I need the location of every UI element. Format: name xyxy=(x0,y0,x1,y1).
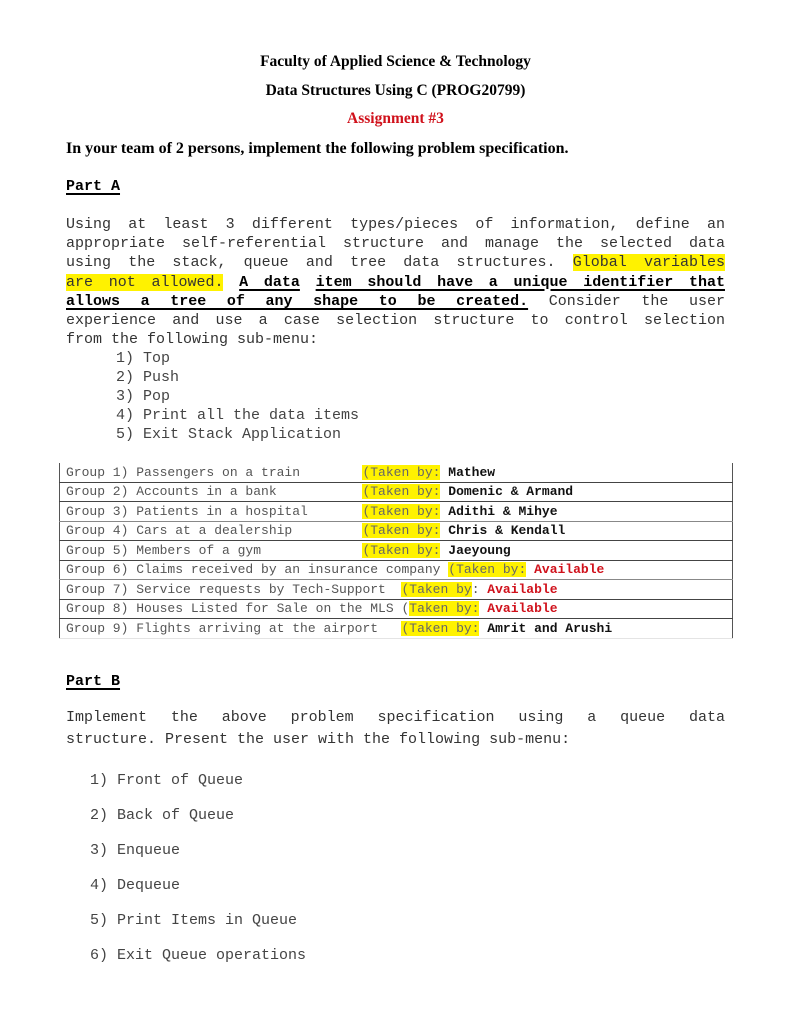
stack-menu-item: 2) Push xyxy=(116,368,359,387)
para-line: from the following sub-menu: xyxy=(66,330,725,349)
group-cell: Group 4) Cars at a dealership (Taken by:… xyxy=(60,521,733,541)
stack-menu-item: 5) Exit Stack Application xyxy=(116,425,359,444)
group-cell: Group 6) Claims received by an insurance… xyxy=(60,560,733,580)
taken-by-value: Domenic & Armand xyxy=(448,484,573,499)
queue-menu-item: 2) Back of Queue xyxy=(90,798,306,833)
taken-by-label: (Taken by: xyxy=(448,562,526,577)
group-cell: Group 7) Service requests by Tech-Suppor… xyxy=(60,580,733,600)
queue-menu-item: 6) Exit Queue operations xyxy=(90,938,306,973)
group-cell: Group 1) Passengers on a train (Taken by… xyxy=(60,463,733,482)
taken-by-label: (Taken by xyxy=(401,582,471,597)
group-name: Group 8) Houses Listed for Sale on the M… xyxy=(66,601,409,616)
para-line: appropriate self-referential structure a… xyxy=(66,234,725,253)
queue-menu-item: 4) Dequeue xyxy=(90,868,306,903)
group-cell: Group 8) Houses Listed for Sale on the M… xyxy=(60,599,733,619)
group-name: Group 2) Accounts in a bank xyxy=(66,484,362,499)
taken-by-value: Adithi & Mihye xyxy=(448,504,557,519)
table-row: Group 1) Passengers on a train (Taken by… xyxy=(60,463,733,482)
table-row: Group 5) Members of a gym (Taken by: Jae… xyxy=(60,541,733,561)
taken-by-label: (Taken by: xyxy=(362,484,440,499)
group-cell: Group 3) Patients in a hospital (Taken b… xyxy=(60,502,733,522)
taken-by-label: (Taken by: xyxy=(362,543,440,558)
table-row: Group 4) Cars at a dealership (Taken by:… xyxy=(60,521,733,541)
para-line: experience and use a case selection stru… xyxy=(66,311,725,330)
table-row: Group 2) Accounts in a bank (Taken by: D… xyxy=(60,482,733,502)
queue-menu-item: 5) Print Items in Queue xyxy=(90,903,306,938)
para-line: allows a tree of any shape to be created… xyxy=(66,292,725,311)
stack-submenu: 1) Top 2) Push 3) Pop 4) Print all the d… xyxy=(116,349,359,444)
para-line: Using at least 3 different types/pieces … xyxy=(66,215,725,234)
para-line: using the stack, queue and tree data str… xyxy=(66,253,725,272)
stack-menu-item: 3) Pop xyxy=(116,387,359,406)
group-name: Group 5) Members of a gym xyxy=(66,543,362,558)
bold-underlined-text: allows a tree of any shape to be created… xyxy=(66,293,528,310)
taken-by-label: (Taken by: xyxy=(401,621,479,636)
table-row: Group 7) Service requests by Tech-Suppor… xyxy=(60,580,733,600)
group-cell: Group 2) Accounts in a bank (Taken by: D… xyxy=(60,482,733,502)
taken-by-value: Amrit and Arushi xyxy=(487,621,612,636)
taken-by-value: Chris & Kendall xyxy=(448,523,565,538)
taken-by-label: Taken by: xyxy=(409,601,479,616)
part-a-title: Part A xyxy=(66,178,120,196)
group-cell: Group 9) Flights arriving at the airport… xyxy=(60,619,733,639)
group-name: Group 7) Service requests by Tech-Suppor… xyxy=(66,582,401,597)
group-name: Group 9) Flights arriving at the airport xyxy=(66,621,401,636)
course-heading: Data Structures Using C (PROG20799) xyxy=(0,82,791,100)
group-name: Group 3) Patients in a hospital xyxy=(66,504,362,519)
assignment-heading: Assignment #3 xyxy=(0,110,791,128)
para-text: using the stack, queue and tree data str… xyxy=(66,254,573,271)
para-line: structure. Present the user with the fol… xyxy=(66,729,725,751)
group-name: Group 1) Passengers on a train xyxy=(66,465,362,480)
bold-underlined-text: A data xyxy=(239,274,300,291)
para-line: are not allowed. A data item should have… xyxy=(66,273,725,292)
intro-text: In your team of 2 persons, implement the… xyxy=(66,139,569,159)
table-row: Group 9) Flights arriving at the airport… xyxy=(60,619,733,639)
taken-by-value: Available xyxy=(487,582,557,597)
taken-by-separator: : xyxy=(472,582,488,597)
taken-by-value: Jaeyoung xyxy=(448,543,510,558)
para-line: Implement the above problem specificatio… xyxy=(66,707,725,729)
part-a-paragraph: Using at least 3 different types/pieces … xyxy=(66,215,725,349)
taken-by-value: Mathew xyxy=(448,465,495,480)
queue-menu-item: 3) Enqueue xyxy=(90,833,306,868)
stack-menu-item: 4) Print all the data items xyxy=(116,406,359,425)
queue-submenu: 1) Front of Queue 2) Back of Queue 3) En… xyxy=(90,763,306,973)
group-assignment-table: Group 1) Passengers on a train (Taken by… xyxy=(59,463,733,639)
stack-menu-item: 1) Top xyxy=(116,349,359,368)
highlighted-text: Global variables xyxy=(573,254,725,271)
group-name: Group 6) Claims received by an insurance… xyxy=(66,562,448,577)
taken-by-label: (Taken by: xyxy=(362,465,440,480)
part-b-title: Part B xyxy=(66,673,120,691)
taken-by-label: (Taken by: xyxy=(362,523,440,538)
taken-by-label: (Taken by: xyxy=(362,504,440,519)
highlighted-text: are not allowed. xyxy=(66,274,223,291)
table-row: Group 6) Claims received by an insurance… xyxy=(60,560,733,580)
part-b-paragraph: Implement the above problem specificatio… xyxy=(66,707,725,751)
table-row: Group 3) Patients in a hospital (Taken b… xyxy=(60,502,733,522)
para-text: Consider the user xyxy=(528,293,725,310)
taken-by-value: Available xyxy=(487,601,557,616)
group-name: Group 4) Cars at a dealership xyxy=(66,523,362,538)
table-row: Group 8) Houses Listed for Sale on the M… xyxy=(60,599,733,619)
group-cell: Group 5) Members of a gym (Taken by: Jae… xyxy=(60,541,733,561)
bold-underlined-text: item should have a unique identifier tha… xyxy=(316,274,725,291)
faculty-heading: Faculty of Applied Science & Technology xyxy=(0,53,791,71)
queue-menu-item: 1) Front of Queue xyxy=(90,763,306,798)
taken-by-value: Available xyxy=(534,562,604,577)
